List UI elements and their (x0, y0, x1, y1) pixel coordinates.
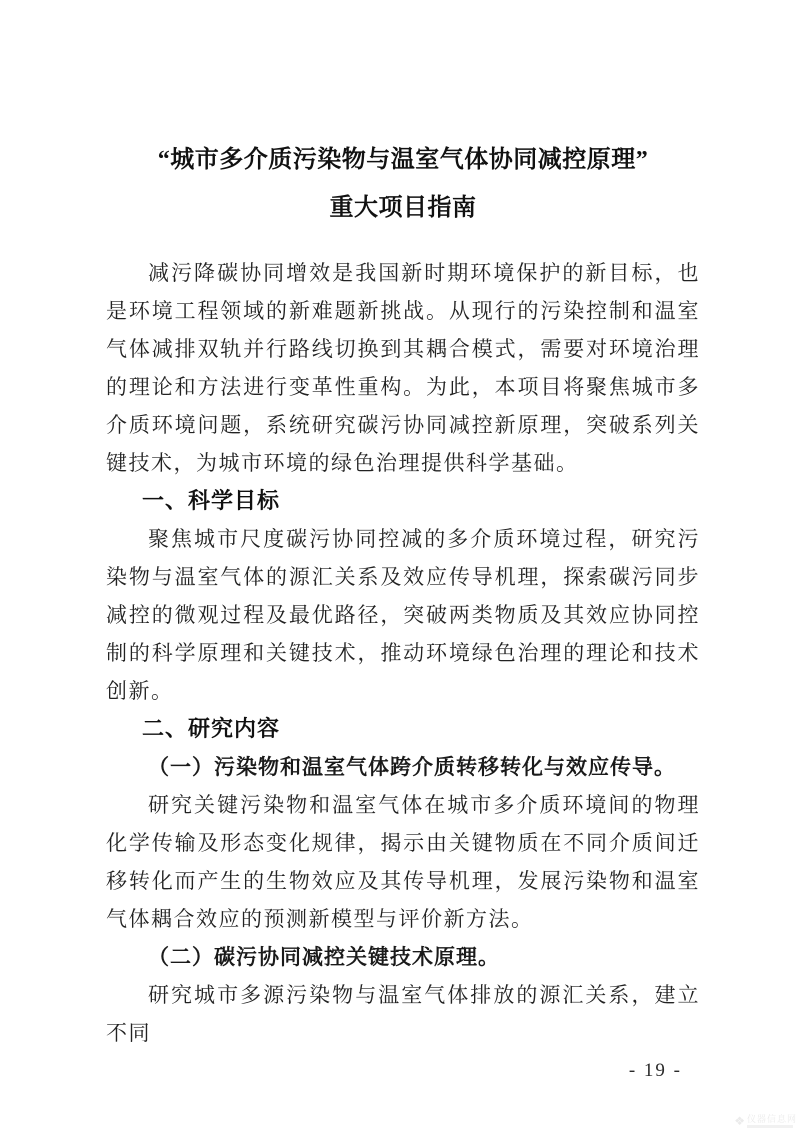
watermark-subtext-bar (747, 1125, 793, 1128)
subheading-topic-2: （二）碳污协同减控关键技术原理。 (106, 938, 700, 976)
document-page: “城市多介质污染物与温室气体协同减控原理” 重大项目指南 减污降碳协同增效是我国… (0, 0, 800, 1131)
title-line-1: “城市多介质污染物与温室气体协同减控原理” (106, 136, 700, 184)
subheading-topic-1: （一）污染物和温室气体跨介质转移转化与效应传导。 (106, 748, 700, 786)
watermark-logo: ❖ 仪器信息网 (734, 1114, 797, 1128)
page-number: - 19 - (106, 1052, 700, 1090)
section-heading-science-goal: 一、科学目标 (142, 482, 700, 520)
watermark-icon: ❖ (734, 1115, 745, 1127)
intro-paragraph: 减污降碳协同增效是我国新时期环境保护的新目标，也是环境工程领域的新难题新挑战。从… (106, 254, 700, 482)
title-line-2: 重大项目指南 (106, 184, 700, 232)
section-heading-research-content: 二、研究内容 (142, 710, 700, 748)
topic-2-paragraph: 研究城市多源污染物与温室气体排放的源汇关系，建立不同 (106, 976, 700, 1052)
topic-1-paragraph: 研究关键污染物和温室气体在城市多介质环境间的物理化学传输及形态变化规律，揭示由关… (106, 786, 700, 938)
watermark-text: 仪器信息网 (747, 1114, 797, 1124)
document-title: “城市多介质污染物与温室气体协同减控原理” 重大项目指南 (106, 136, 700, 232)
science-goal-paragraph: 聚焦城市尺度碳污协同控减的多介质环境过程，研究污染物与温室气体的源汇关系及效应传… (106, 520, 700, 710)
document-content: “城市多介质污染物与温室气体协同减控原理” 重大项目指南 减污降碳协同增效是我国… (106, 0, 700, 1090)
watermark-text-block: 仪器信息网 (747, 1114, 797, 1128)
